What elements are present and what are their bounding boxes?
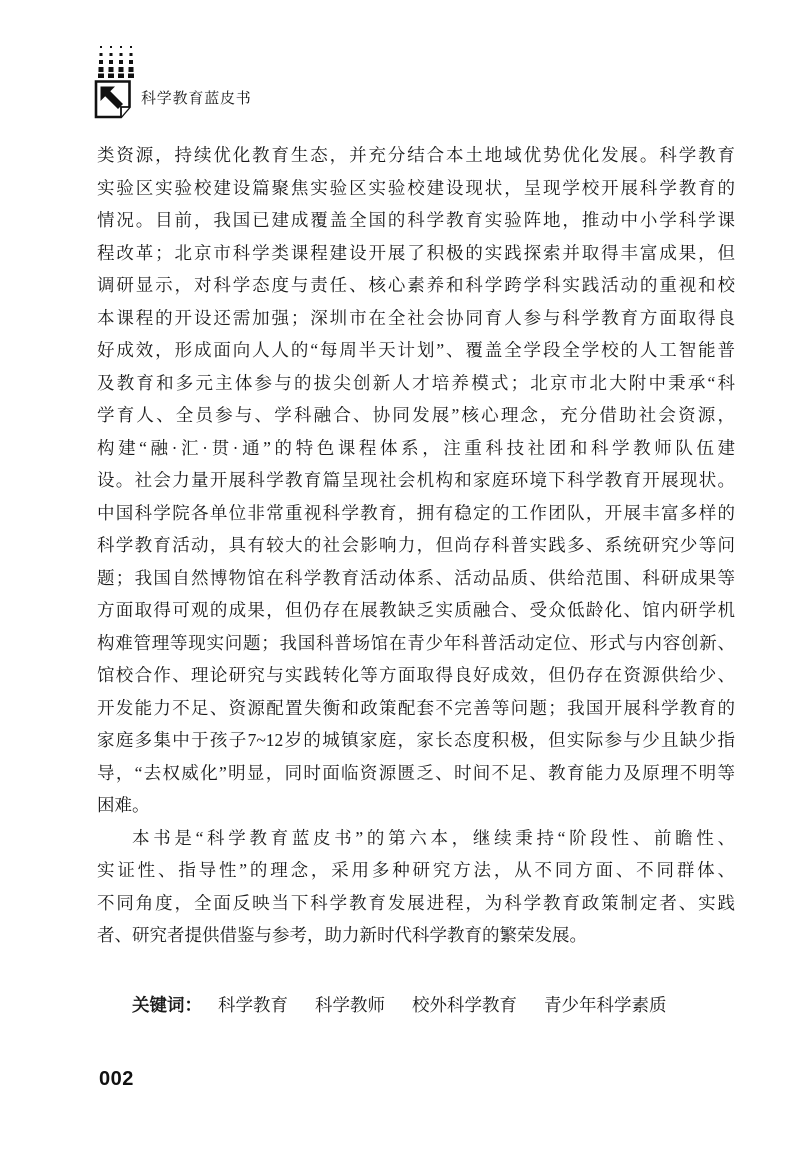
text-line: 构建“融·汇·贯·通”的特色课程体系，注重科技社团和科学教师队伍建 bbox=[97, 432, 735, 465]
text-line: 本书是“科学教育蓝皮书”的第六本，继续秉持“阶段性、前瞻性、 bbox=[97, 822, 735, 855]
keyword-term: 青少年科学素质 bbox=[544, 995, 667, 1015]
abstract-text: 类资源，持续优化教育生态，并充分结合本土地域优势优化发展。科学教育实验区实验校建… bbox=[97, 139, 735, 1021]
text-line: 馆校合作、理论研究与实践转化等方面取得良好成效，但仍存在资源供给少、 bbox=[97, 659, 735, 692]
text-line: 情况。目前，我国已建成覆盖全国的科学教育实验阵地，推动中小学科学课 bbox=[97, 204, 735, 237]
dots-pattern-icon bbox=[95, 45, 135, 78]
text-line: 设。社会力量开展科学教育篇呈现社会机构和家庭环境下科学教育开展现状。 bbox=[97, 464, 735, 497]
text-line: 实验区实验校建设篇聚焦实验区实验校建设现状，呈现学校开展科学教育的 bbox=[97, 172, 735, 205]
paragraph-closing: 本书是“科学教育蓝皮书”的第六本，继续秉持“阶段性、前瞻性、实证性、指导性”的理… bbox=[97, 822, 735, 952]
keywords-line: 关键词：科学教育科学教师校外科学教育青少年科学素质 bbox=[97, 989, 735, 1022]
text-line: 好成效，形成面向人人的“每周半天计划”、覆盖全学段全学校的人工智能普 bbox=[97, 334, 735, 367]
text-line: 不同角度，全面反映当下科学教育发展进程，为科学教育政策制定者、实践 bbox=[97, 887, 735, 920]
text-line: 调研显示，对科学态度与责任、核心素养和科学跨学科实践活动的重视和校 bbox=[97, 269, 735, 302]
text-line: 构难管理等现实问题；我国科普场馆在青少年科普活动定位、形式与内容创新、 bbox=[97, 627, 735, 660]
text-line: 困难。 bbox=[97, 789, 735, 822]
text-line: 学育人、全员参与、学科融合、协同发展”核心理念，充分借助社会资源， bbox=[97, 399, 735, 432]
text-line: 导，“去权威化”明显，同时面临资源匮乏、时间不足、教育能力及原理不明等 bbox=[97, 757, 735, 790]
text-line: 题；我国自然博物馆在科学教育活动体系、活动品质、供给范围、科研成果等 bbox=[97, 562, 735, 595]
keyword-term: 校外科学教育 bbox=[412, 995, 517, 1015]
text-line: 类资源，持续优化教育生态，并充分结合本土地域优势优化发展。科学教育 bbox=[97, 139, 735, 172]
text-line: 及教育和多元主体参与的拔尖创新人才培养模式；北京市北大附中秉承“科 bbox=[97, 367, 735, 400]
text-line: 本课程的开设还需加强；深圳市在全社会协同育人参与科学教育方面取得良 bbox=[97, 302, 735, 335]
text-line: 实证性、指导性”的理念，采用多种研究方法，从不同方面、不同群体、 bbox=[97, 854, 735, 887]
keyword-term: 科学教育 bbox=[218, 995, 288, 1015]
text-line: 者、研究者提供借鉴与参考，助力新时代科学教育的繁荣发展。 bbox=[97, 919, 735, 952]
page-arrow-icon bbox=[93, 79, 133, 120]
page-number: 002 bbox=[99, 1068, 134, 1091]
text-line: 中国科学院各单位非常重视科学教育，拥有稳定的工作团队，开展丰富多样的 bbox=[97, 497, 735, 530]
text-line: 方面取得可观的成果，但仍存在展教缺乏实质融合、受众低龄化、馆内研学机 bbox=[97, 594, 735, 627]
book-series-title: 科学教育蓝皮书 bbox=[141, 87, 252, 108]
text-line: 程改革；北京市科学类课程建设开展了积极的实践探索并取得丰富成果，但 bbox=[97, 237, 735, 270]
publisher-logo bbox=[93, 45, 135, 120]
keyword-term: 科学教师 bbox=[315, 995, 385, 1015]
keywords-label: 关键词： bbox=[132, 995, 202, 1015]
paragraph-continuation: 类资源，持续优化教育生态，并充分结合本土地域优势优化发展。科学教育实验区实验校建… bbox=[97, 139, 735, 822]
text-line: 家庭多集中于孩子7~12岁的城镇家庭，家长态度积极，但实际参与少且缺少指 bbox=[97, 724, 735, 757]
book-page: 科学教育蓝皮书 类资源，持续优化教育生态，并充分结合本土地域优势优化发展。科学教… bbox=[0, 0, 799, 1160]
keywords-terms: 科学教育科学教师校外科学教育青少年科学素质 bbox=[218, 995, 667, 1015]
text-line: 开发能力不足、资源配置失衡和政策配套不完善等问题；我国开展科学教育的 bbox=[97, 692, 735, 725]
text-line: 科学教育活动，具有较大的社会影响力，但尚存科普实践多、系统研究少等问 bbox=[97, 529, 735, 562]
